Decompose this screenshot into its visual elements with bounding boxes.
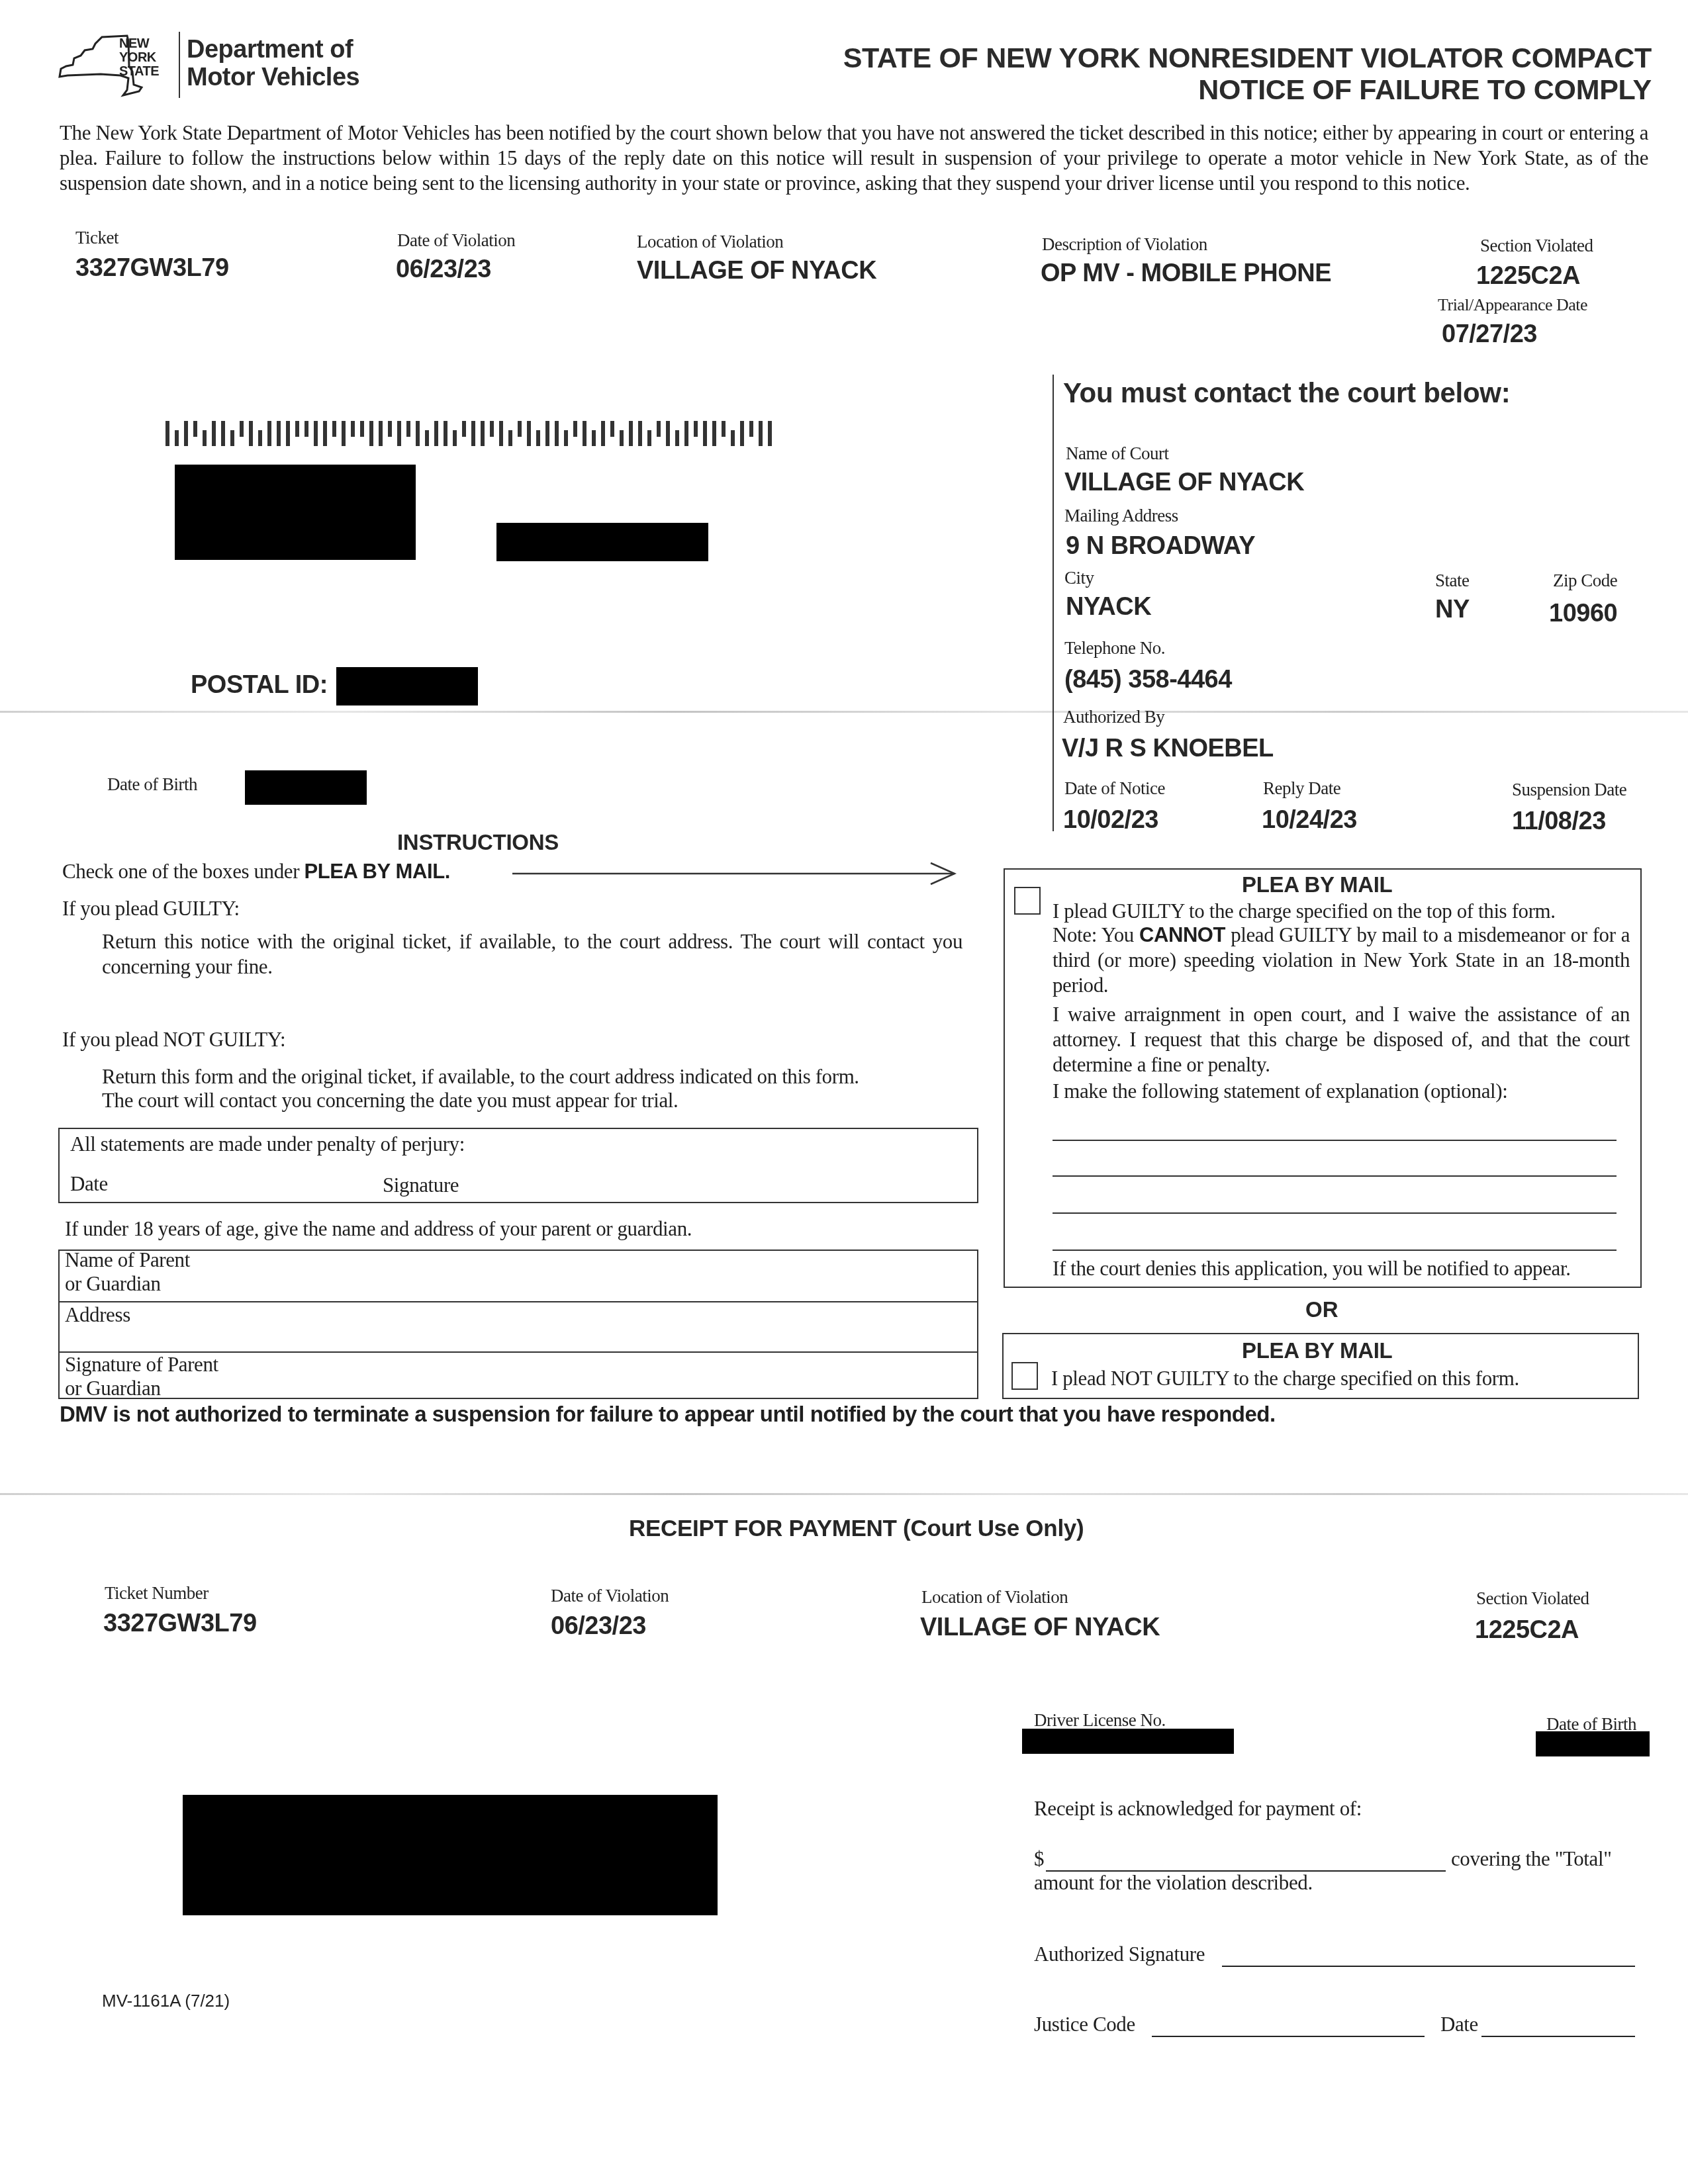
or-separator: OR bbox=[1305, 1297, 1338, 1322]
logo-state-line: STATE bbox=[119, 65, 159, 79]
logo-dept-line: Department of bbox=[187, 36, 359, 64]
title-line-2: NOTICE OF FAILURE TO COMPLY bbox=[843, 74, 1652, 106]
reply-date: 10/24/23 bbox=[1262, 806, 1357, 835]
court-city: NYACK bbox=[1066, 593, 1151, 621]
payment-acknowledgement: Receipt is acknowledged for payment of: bbox=[1034, 1796, 1362, 1821]
waive-statement: I waive arraignment in open court, and I… bbox=[1053, 1002, 1630, 1077]
dollar-sign: $ bbox=[1034, 1846, 1044, 1872]
guilty-note: Note: You CANNOT plead GUILTY by mail to… bbox=[1053, 923, 1630, 998]
receipt-date-input[interactable] bbox=[1481, 2009, 1635, 2037]
postal-id-label: POSTAL ID: bbox=[191, 671, 328, 700]
justice-code-label: Justice Code bbox=[1034, 2012, 1135, 2037]
violation-description-label: Description of Violation bbox=[1042, 234, 1207, 255]
dmv-notice: DMV is not authorized to terminate a sus… bbox=[60, 1402, 1276, 1427]
check-instruction-text: Check one of the boxes under bbox=[62, 860, 299, 883]
ticket-label: Ticket bbox=[75, 228, 118, 248]
court-phone-label: Telephone No. bbox=[1064, 638, 1165, 659]
plead-guilty-text: I plead GUILTY to the charge specified o… bbox=[1053, 899, 1556, 924]
check-instruction-bold: PLEA BY MAIL. bbox=[304, 860, 449, 883]
guilty-note-prefix: Note: You bbox=[1053, 923, 1134, 946]
plead-not-guilty-text: I plead NOT GUILTY to the charge specifi… bbox=[1051, 1366, 1519, 1391]
court-state: NY bbox=[1435, 596, 1470, 624]
redacted-recipient-info bbox=[496, 523, 708, 561]
violation-location-label: Location of Violation bbox=[637, 232, 783, 252]
notice-date-label: Date of Notice bbox=[1064, 778, 1165, 799]
intro-paragraph: The New York State Department of Motor V… bbox=[60, 120, 1648, 196]
redacted-receipt-dob bbox=[1536, 1731, 1650, 1756]
plea-not-guilty-heading: PLEA BY MAIL bbox=[1242, 1338, 1392, 1363]
plead-guilty-checkbox[interactable] bbox=[1014, 887, 1041, 915]
paper-fold bbox=[0, 711, 1688, 713]
parent-row-divider bbox=[58, 1301, 978, 1302]
court-address: 9 N BROADWAY bbox=[1066, 532, 1255, 561]
trial-date-label: Trial/Appearance Date bbox=[1438, 295, 1587, 315]
court-state-label: State bbox=[1435, 570, 1470, 591]
receipt-location: VILLAGE OF NYACK bbox=[920, 1614, 1160, 1642]
redacted-driver-license bbox=[1022, 1729, 1234, 1754]
receipt-section: 1225C2A bbox=[1475, 1616, 1579, 1645]
court-phone: (845) 358-4464 bbox=[1064, 666, 1232, 694]
court-heading: You must contact the court below: bbox=[1063, 377, 1510, 409]
redacted-receipt-block bbox=[183, 1795, 718, 1915]
authorized-by-label: Authorized By bbox=[1063, 707, 1164, 727]
notice-date: 10/02/23 bbox=[1063, 806, 1158, 835]
authorized-signature-input[interactable] bbox=[1222, 1939, 1635, 1967]
plead-not-guilty-checkbox[interactable] bbox=[1011, 1362, 1038, 1390]
violation-date-label: Date of Violation bbox=[397, 230, 515, 251]
violation-date: 06/23/23 bbox=[396, 255, 491, 284]
court-name-label: Name of Court bbox=[1066, 443, 1168, 464]
explanation-line bbox=[1053, 1175, 1617, 1177]
not-guilty-instructions-1: Return this form and the original ticket… bbox=[102, 1064, 859, 1089]
receipt-section-label: Section Violated bbox=[1476, 1588, 1589, 1609]
explanation-line bbox=[1053, 1212, 1617, 1214]
dob-label: Date of Birth bbox=[107, 774, 197, 795]
perjury-statement: All statements are made under penalty of… bbox=[70, 1132, 465, 1157]
amount-description: amount for the violation described. bbox=[1034, 1870, 1313, 1895]
suspension-date-label: Suspension Date bbox=[1512, 780, 1626, 800]
covering-total-text: covering the "Total" bbox=[1451, 1846, 1611, 1872]
section-violated: 1225C2A bbox=[1476, 262, 1580, 291]
instructions-heading: INSTRUCTIONS bbox=[397, 830, 559, 855]
receipt-heading: RECEIPT FOR PAYMENT (Court Use Only) bbox=[629, 1516, 1084, 1542]
court-city-label: City bbox=[1064, 568, 1094, 588]
violation-description: OP MV - MOBILE PHONE bbox=[1041, 259, 1331, 288]
page-title: STATE OF NEW YORK NONRESIDENT VIOLATOR C… bbox=[843, 42, 1652, 106]
title-line-1: STATE OF NEW YORK NONRESIDENT VIOLATOR C… bbox=[843, 42, 1652, 74]
perjury-signature-label[interactable]: Signature bbox=[383, 1173, 459, 1198]
court-zip-label: Zip Code bbox=[1553, 570, 1617, 591]
payment-amount-input[interactable] bbox=[1046, 1844, 1446, 1872]
authorized-by: V/J R S KNOEBEL bbox=[1062, 735, 1274, 763]
not-guilty-instructions-2: The court will contact you concerning th… bbox=[102, 1088, 678, 1113]
court-address-label: Mailing Address bbox=[1064, 506, 1178, 526]
section-violated-label: Section Violated bbox=[1480, 236, 1593, 256]
driver-license-label: Driver License No. bbox=[1034, 1710, 1166, 1731]
court-zip: 10960 bbox=[1549, 600, 1617, 628]
receipt-ticket-number: 3327GW3L79 bbox=[103, 1610, 257, 1638]
parent-signature-field[interactable]: Signature of Parent or Guardian bbox=[65, 1353, 218, 1400]
logo-state-line: NEW bbox=[119, 37, 159, 51]
redacted-recipient-name bbox=[175, 465, 416, 560]
ticket-number: 3327GW3L79 bbox=[75, 254, 229, 283]
parent-name-field[interactable]: Name of Parent or Guardian bbox=[65, 1248, 190, 1296]
court-divider bbox=[1053, 375, 1054, 831]
trial-date: 07/27/23 bbox=[1442, 320, 1537, 349]
receipt-location-label: Location of Violation bbox=[921, 1587, 1068, 1608]
redacted-postal-id bbox=[336, 667, 478, 705]
guilty-heading: If you plead GUILTY: bbox=[62, 896, 240, 921]
court-name: VILLAGE OF NYACK bbox=[1064, 469, 1304, 497]
not-guilty-heading: If you plead NOT GUILTY: bbox=[62, 1027, 285, 1052]
guilty-instructions: Return this notice with the original tic… bbox=[102, 929, 962, 979]
receipt-date-field-label: Date bbox=[1440, 2012, 1478, 2037]
suspension-date: 11/08/23 bbox=[1512, 807, 1606, 836]
postal-barcode bbox=[165, 421, 772, 446]
logo-dept-line: Motor Vehicles bbox=[187, 64, 359, 91]
check-instruction: Check one of the boxes under PLEA BY MAI… bbox=[62, 859, 450, 884]
explanation-input[interactable] bbox=[1053, 1099, 1617, 1257]
plea-guilty-heading: PLEA BY MAIL bbox=[1242, 872, 1392, 897]
receipt-ticket-label: Ticket Number bbox=[105, 1583, 209, 1604]
violation-location: VILLAGE OF NYACK bbox=[637, 257, 876, 285]
justice-code-input[interactable] bbox=[1152, 2009, 1425, 2037]
logo-state-line: YORK bbox=[119, 51, 159, 65]
authorized-signature-label: Authorized Signature bbox=[1034, 1942, 1205, 1967]
paper-fold bbox=[0, 1493, 1688, 1495]
explanation-line bbox=[1053, 1250, 1617, 1251]
perjury-date-label[interactable]: Date bbox=[70, 1171, 108, 1197]
denial-notice: If the court denies this application, yo… bbox=[1053, 1256, 1571, 1281]
guilty-note-bold: CANNOT bbox=[1139, 923, 1225, 946]
under-18-instruction: If under 18 years of age, give the name … bbox=[65, 1216, 692, 1242]
arrow-right-icon bbox=[510, 860, 960, 887]
logo-divider bbox=[179, 32, 180, 98]
explanation-line bbox=[1053, 1140, 1617, 1141]
reply-date-label: Reply Date bbox=[1263, 778, 1340, 799]
parent-address-field[interactable]: Address bbox=[65, 1302, 130, 1328]
receipt-violation-date: 06/23/23 bbox=[551, 1612, 646, 1641]
form-id: MV-1161A (7/21) bbox=[102, 1991, 230, 2011]
redacted-dob bbox=[245, 770, 367, 805]
dmv-logo: NEW YORK STATE Department of Motor Vehic… bbox=[54, 32, 372, 98]
receipt-date-label: Date of Violation bbox=[551, 1586, 669, 1606]
